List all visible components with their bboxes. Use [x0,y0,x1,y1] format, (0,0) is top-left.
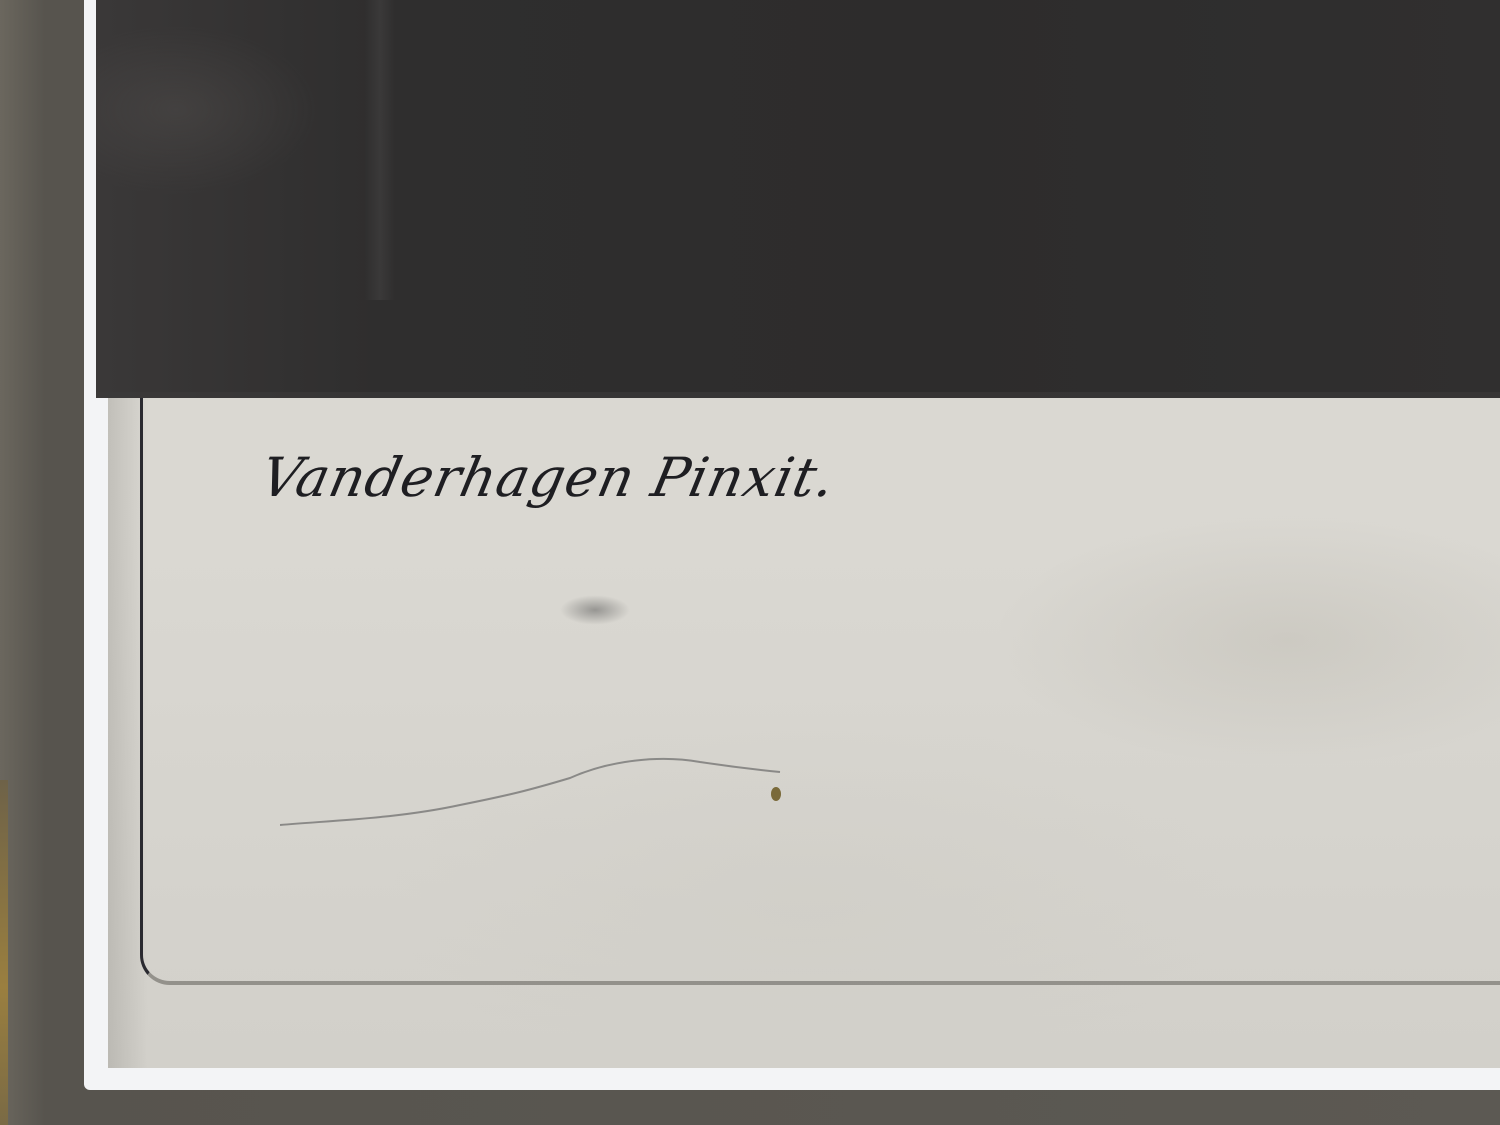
mezzotint-dark-field [96,0,1500,398]
foxing-stain [771,787,781,801]
paper-crack [280,750,840,830]
mezzotint-tone-variation [365,0,395,300]
artist-inscription: Vanderhagen Pinxit. [255,446,841,509]
gilt-frame-edge [0,780,8,1125]
ink-smudge [560,595,630,625]
